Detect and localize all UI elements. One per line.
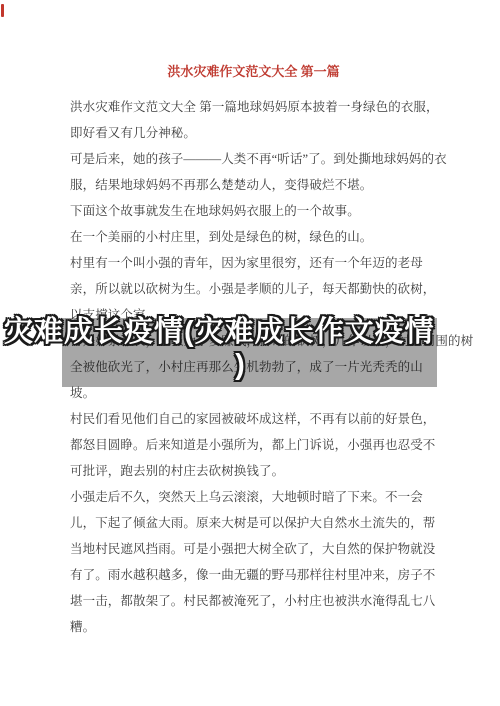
text-line: 儿，下起了倾盆大雨。原来大树是可以保护大自然水土流失的，帮 <box>70 510 437 536</box>
text-line: 村民们看见他们自己的家园被破坏成这样，不再有以前的好景色， <box>70 406 437 432</box>
text-line: 当地村民遮风挡雨。可是小强把大树全砍了，大自然的保护物就没 <box>70 536 437 562</box>
text-line: 在一个美丽的小村庄里，到处是绿色的树，绿色的山。 <box>70 224 437 250</box>
text-line: 洪水灾难作文范文大全 第一篇地球妈妈原本披着一身绿色的衣服， <box>70 94 437 120</box>
edge-artifact-mark <box>1 4 4 17</box>
text-line: 亲，所以就以砍树为生。小强是孝顺的儿子，每天都勤快的砍树， <box>70 276 437 302</box>
text-line: 下面这个故事就发生在地球妈妈衣服上的一个故事。 <box>70 198 437 224</box>
article-page: 洪水灾难作文范文大全 第一篇 洪水灾难作文范文大全 第一篇地球妈妈原本披着一身绿… <box>0 0 500 706</box>
text-line: 可是后来，她的孩子———人类不再“听话”了。到处撕地球妈妈的衣 <box>70 146 437 172</box>
document-title: 洪水灾难作文范文大全 第一篇 <box>70 62 437 82</box>
text-line: 服，结果地球妈妈不再那么楚楚动人，变得破烂不堪。 <box>70 172 437 198</box>
watermark-title-line2: ) <box>4 349 476 381</box>
text-line: 可批评，跑去别的村庄去砍树换钱了。 <box>70 458 437 484</box>
watermark-title-line1: 灾难成长疫情(灾难成长作文疫情 <box>4 315 476 349</box>
text-line: 小强走后不久，突然天上乌云滚滚，大地顿时暗了下来。不一会 <box>70 484 437 510</box>
text-line: 糟。 <box>70 614 437 640</box>
text-line: 有了。雨水越积越多，像一曲无疆的野马那样往村里冲来，房子不 <box>70 562 437 588</box>
text-line: 即好看又有几分神秘。 <box>70 120 437 146</box>
text-line: 村里有一个叫小强的青年，因为家里很穷，还有一个年迈的老母 <box>70 250 437 276</box>
watermark-title: 灾难成长疫情(灾难成长作文疫情 ) <box>4 315 476 381</box>
text-line: 堪一击，都散架了。村民都被淹死了，小村庄也被洪水淹得乱七八 <box>70 588 437 614</box>
text-line: 都怒目圆睁。后来知道是小强所为，都上门诉说，小强再也忍受不 <box>70 432 437 458</box>
